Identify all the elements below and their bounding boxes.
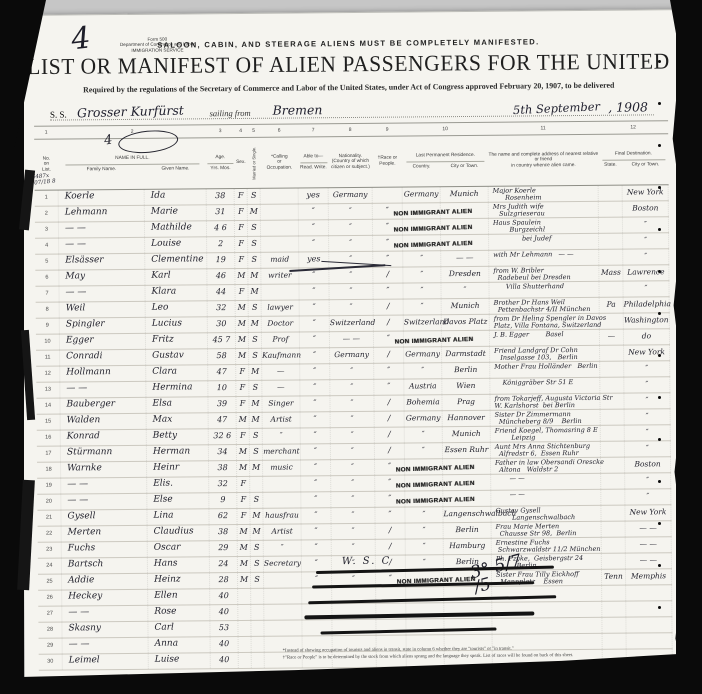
cell-family: — — — [60, 382, 146, 398]
binding-hole-dot — [658, 144, 661, 147]
cell-race: ″ — [375, 508, 405, 523]
cell-race: / — [375, 412, 405, 427]
cell-dcity: ″ — [625, 441, 671, 456]
cell-age: 38 — [207, 189, 235, 204]
cell-state — [602, 522, 626, 537]
cell-country: NON IMMIGRANT ALIEN — [403, 235, 441, 250]
cell-race: ″ — [373, 284, 403, 299]
cell-country: ″ — [405, 507, 443, 522]
cell-occ: Kaufmann — [262, 348, 300, 363]
cell-sex: M — [238, 573, 251, 588]
cell-occ: — — [262, 364, 300, 379]
cell-dcity: ″ — [623, 233, 669, 248]
cell-given: Claudius — [148, 525, 210, 541]
cell-no: 6 — [35, 271, 59, 286]
cell-rw: ″ — [299, 204, 329, 219]
cell-age: 24 — [210, 557, 238, 572]
cell-dcity: Philadelphia — [624, 297, 670, 312]
cell-city: Berlin — [442, 363, 490, 378]
column-number: 1 — [34, 130, 58, 136]
cell-family: — — — [62, 606, 148, 622]
cell-sex: F — [235, 189, 248, 204]
header-dest-city: City or Town. — [622, 162, 668, 168]
cell-mar: M — [249, 317, 262, 332]
cell-occ — [264, 588, 302, 603]
cell-dcity: Lawrence — [623, 265, 669, 280]
cell-given: Heinr — [147, 461, 209, 477]
cell-sex: F — [235, 285, 248, 300]
cell-occ: Prof — [262, 332, 300, 347]
cell-rel: Königgräber Str 51 E — [490, 378, 600, 394]
cell-mar: M — [248, 285, 261, 300]
cell-rel: Sister Dr Zimmermann Müncheberg 8/9 Berl… — [491, 410, 601, 426]
cell-family: Fuchs — [62, 542, 148, 558]
cell-family: Walden — [61, 414, 147, 430]
cell-age: 4 6 — [207, 221, 235, 236]
cell-city: Darmstadt — [442, 347, 490, 362]
cell-sex: M — [236, 349, 249, 364]
header-married-single: Married or Single. — [247, 138, 260, 188]
cell-family: Hollmann — [60, 366, 146, 382]
cell-family: Bartsch — [62, 558, 148, 574]
cell-rel: Major Koerle Rosenheim — [489, 186, 599, 202]
cell-nat: Germany — [330, 348, 374, 363]
header-married-single-label: Married or Single. — [251, 141, 257, 185]
cell-city: Prag — [442, 395, 490, 410]
cell-rw: ″ — [299, 236, 329, 251]
cell-occ — [261, 188, 299, 203]
header-age: Age. Yrs. Mos. — [206, 138, 234, 188]
cell-no: 11 — [36, 351, 60, 366]
cell-city — [441, 203, 489, 218]
cell-rw: ″ — [302, 540, 332, 555]
cell-nat: ″ — [331, 444, 375, 459]
cell-dcity: ″ — [624, 393, 670, 408]
cell-age: 47 — [208, 365, 236, 380]
cell-race: / — [374, 396, 404, 411]
cell-nat: ″ — [330, 396, 374, 411]
cell-state — [601, 506, 625, 521]
cell-state — [602, 554, 626, 569]
binding-hole-dot — [658, 186, 661, 189]
cell-nat: Germany — [329, 188, 373, 203]
cell-family: Elsässer — [59, 254, 145, 270]
cell-rel: from Dr Heling Spengler in Davos Platz, … — [490, 314, 600, 330]
binding-hole-dot — [658, 522, 661, 525]
cell-state — [601, 426, 625, 441]
cell-mar: S — [249, 301, 262, 316]
header-able-to: Able to— Read. Write. — [298, 137, 328, 187]
cell-rel: Villa Shutterhand — [489, 282, 599, 298]
cell-age: 58 — [208, 349, 236, 364]
cell-given: Rose — [148, 605, 210, 621]
cell-mar: S — [249, 349, 262, 364]
cell-family: Egger — [60, 334, 146, 350]
cell-sex: F — [237, 477, 250, 492]
cell-nat: ″ — [330, 380, 374, 395]
cell-age: 28 — [210, 573, 238, 588]
cell-no: 18 — [37, 463, 61, 478]
cell-sex: M — [238, 525, 251, 540]
cell-no: 12 — [36, 367, 60, 382]
cell-state — [599, 218, 623, 233]
cell-city — [442, 331, 490, 346]
cell-sex: M — [238, 541, 251, 556]
cell-mar: S — [248, 253, 261, 268]
cell-age: 47 — [209, 413, 237, 428]
cell-country: ″ — [405, 443, 443, 458]
port-of-departure: Bremen — [273, 102, 323, 117]
cell-mar — [251, 589, 264, 604]
cell-state — [602, 586, 626, 601]
cell-nat: Switzerland — [330, 316, 374, 331]
header-state: State. — [598, 162, 622, 168]
cell-country: Austria — [404, 379, 442, 394]
cell-race — [373, 188, 403, 203]
cell-no: 23 — [38, 543, 62, 558]
cell-state — [601, 442, 625, 457]
cell-given: Gustav — [146, 349, 208, 365]
cell-sex: M — [236, 333, 249, 348]
cell-country: NON IMMIGRANT ALIEN — [405, 491, 443, 506]
cell-nat: ″ — [331, 460, 375, 475]
cell-no: 21 — [37, 511, 61, 526]
cell-nat: ″ — [331, 508, 375, 523]
cell-state — [602, 618, 626, 633]
cell-dcity: ″ — [625, 425, 671, 440]
cell-given: Elsa — [146, 397, 208, 413]
cell-rel: — — — [491, 490, 601, 506]
cell-sex: M — [235, 269, 248, 284]
cell-no: 4 — [35, 239, 59, 254]
cell-sex: F — [237, 429, 250, 444]
cell-sex — [239, 637, 252, 652]
cell-rw: ″ — [300, 332, 330, 347]
cell-sex: M — [237, 445, 250, 460]
column-number: 7 — [298, 127, 328, 133]
binding-hole-dot — [658, 312, 661, 315]
cell-dcity: ″ — [623, 249, 669, 264]
cell-mar: M — [250, 509, 263, 524]
cell-no: 13 — [36, 383, 60, 398]
binding-hole-dot — [658, 228, 661, 231]
cell-rel: bei Judef — [489, 234, 599, 250]
cell-sex: F — [237, 509, 250, 524]
binding-hole-dot — [658, 564, 661, 567]
cell-family: Koerle — [59, 190, 145, 206]
cell-family: Weil — [60, 302, 146, 318]
cell-state — [599, 234, 623, 249]
cell-given: Clara — [146, 365, 208, 381]
cell-mar: S — [250, 493, 263, 508]
cell-rw: ″ — [301, 428, 331, 443]
cell-state: Pa — [600, 298, 624, 313]
cell-no: 22 — [38, 527, 62, 542]
manifest-table: 123456789101112 No. on List. NAME IN FUL… — [34, 120, 673, 671]
cell-age: 38 — [210, 525, 238, 540]
cell-state — [599, 202, 623, 217]
column-number: 9 — [372, 127, 402, 133]
cell-city — [441, 235, 489, 250]
cell-sex: F — [235, 253, 248, 268]
cell-rw: ″ — [300, 364, 330, 379]
cell-mar: S — [248, 221, 261, 236]
cell-age: 32 — [208, 301, 236, 316]
cell-given: Elis. — [147, 477, 209, 493]
cell-nat: ″ — [329, 284, 373, 299]
cell-race: / — [376, 524, 406, 539]
cell-country: Bohemia — [404, 395, 442, 410]
cell-no: 3 — [35, 223, 59, 238]
header-res-city: City or Town. — [440, 163, 488, 169]
sailing-year: , 1908 — [608, 99, 648, 114]
cell-country: NON IMMIGRANT ALIEN — [405, 459, 443, 474]
column-number: 8 — [328, 127, 372, 133]
cell-race: / — [374, 316, 404, 331]
cell-mar: S — [250, 429, 263, 444]
cell-state — [601, 474, 625, 489]
cell-state — [600, 378, 624, 393]
cell-occ: ″ — [263, 428, 301, 443]
cell-given: Oscar — [148, 541, 210, 557]
header-residence-top: Last Permanent Residence. — [407, 153, 484, 162]
cell-city: — — — [441, 251, 489, 266]
cell-city: Langenschwalbach — [443, 507, 491, 522]
cell-age: 32 6 — [209, 429, 237, 444]
cell-state: Mass — [599, 266, 623, 281]
cell-race: ″ — [374, 364, 404, 379]
header-given-name: Given Name. — [144, 166, 206, 172]
cell-country: NON IMMIGRANT ALIEN — [403, 203, 441, 218]
cell-city — [443, 459, 491, 474]
cell-nat: ″ — [330, 300, 374, 315]
cell-age: 2 — [207, 237, 235, 252]
cell-age: 46 — [207, 269, 235, 284]
cell-age: 40 — [210, 605, 238, 620]
cell-age: 62 — [209, 509, 237, 524]
cell-city: Wien — [442, 379, 490, 394]
cell-occ — [261, 220, 299, 235]
cell-occ — [264, 604, 302, 619]
cell-race: / — [375, 444, 405, 459]
header-race: †Race or People. — [372, 137, 402, 187]
cell-nat: ″ — [331, 476, 375, 491]
cell-city — [444, 619, 492, 634]
cell-state — [602, 602, 626, 617]
cell-state — [600, 394, 624, 409]
cell-given: Klara — [145, 285, 207, 301]
cell-sex: F — [236, 397, 249, 412]
cell-occ: maid — [261, 252, 299, 267]
cell-country: Switzerland — [404, 315, 442, 330]
cell-sex: F — [237, 493, 250, 508]
cell-given: Anna — [149, 637, 211, 653]
cell-sex: F — [235, 237, 248, 252]
cell-rel: Frau Marie Merten Chausse Str 98, Berlin — [492, 522, 602, 538]
cell-country: Germany — [404, 347, 442, 362]
cell-family: — — — [59, 238, 145, 254]
wsc-annotation: W. S. C — [342, 556, 391, 567]
cell-occ — [261, 284, 299, 299]
cell-dcity: — — — [626, 537, 672, 552]
cell-rel: Ernestine Fuchs Schwarzwaldstr 11/2 Münc… — [492, 538, 602, 554]
cell-age: 40 — [211, 653, 239, 668]
cell-sex: F — [236, 381, 249, 396]
cell-state: Tenn — [602, 570, 626, 585]
cell-rel: Haus Spaulein Burgzeichl — [489, 218, 599, 234]
cell-occ — [261, 236, 299, 251]
ship-line: S. S. Grosser Kurfürst sailing from Brem… — [50, 94, 654, 120]
cell-state: — — [600, 330, 624, 345]
binding-hole-dot — [658, 606, 661, 609]
cell-given: Mathilde — [145, 221, 207, 237]
column-number: 6 — [260, 127, 298, 133]
cell-mar: M — [248, 205, 261, 220]
cell-dcity — [626, 601, 672, 616]
cell-country: ″ — [403, 283, 441, 298]
cell-rel — [492, 618, 602, 634]
cell-no: 24 — [38, 559, 62, 574]
cell-family: Bauberger — [60, 398, 146, 414]
cell-family: — — — [61, 494, 147, 510]
cell-rw: ″ — [301, 492, 331, 507]
cell-no: 8 — [36, 303, 60, 318]
header-residence: Last Permanent Residence. Country. City … — [402, 136, 488, 187]
cell-mar: M — [250, 413, 263, 428]
cell-given: Lucius — [146, 317, 208, 333]
cell-sex: F — [235, 205, 248, 220]
column-number: 11 — [488, 125, 598, 132]
header-name-sub: Family Name. Given Name. — [58, 166, 206, 173]
cell-city: Munich — [441, 187, 489, 202]
cell-no: 17 — [37, 447, 61, 462]
binding-hole-dot — [658, 60, 661, 63]
cell-age: 45 7 — [208, 333, 236, 348]
cell-family: Stürmann — [61, 446, 147, 462]
cell-state — [601, 410, 625, 425]
ss-label: S. S. — [50, 109, 67, 119]
cell-rw: yes — [299, 188, 329, 203]
cell-nat: ″ — [330, 364, 374, 379]
manifest-sheet: 4 Form 500 Department of Commerce and La… — [19, 9, 683, 680]
cell-rw: ″ — [302, 556, 332, 571]
cell-family: — — — [59, 286, 145, 302]
header-yrs-mos: Yrs. Mos. — [210, 166, 230, 172]
header-country: Country. — [402, 164, 440, 170]
cell-city: Munich — [442, 299, 490, 314]
cell-rel: J. B. Egger Basel — [490, 330, 600, 346]
cell-dcity: Boston — [625, 457, 671, 472]
cell-no: 15 — [37, 415, 61, 430]
cell-mar — [250, 477, 263, 492]
cell-rel: — — — [491, 474, 601, 490]
column-number: 10 — [402, 126, 488, 133]
sailing-date: 5th September — [513, 99, 601, 117]
cell-no: 27 — [38, 607, 62, 622]
cell-age: 39 — [208, 397, 236, 412]
cell-mar: S — [251, 557, 264, 572]
cell-given: Heinz — [148, 573, 210, 589]
cell-rw: ″ — [300, 348, 330, 363]
cell-given: Else — [147, 493, 209, 509]
cell-mar: S — [251, 541, 264, 556]
cell-rw: ″ — [302, 524, 332, 539]
cell-family: Heckey — [62, 590, 148, 606]
cell-dcity: ″ — [624, 377, 670, 392]
cell-country: NON IMMIGRANT ALIEN — [405, 475, 443, 490]
cell-rel: Gustav Gysell Langenschwalbach — [491, 506, 601, 522]
cell-rw: ″ — [300, 316, 330, 331]
cell-dcity: — — — [626, 521, 672, 536]
cell-given: Hermina — [146, 381, 208, 397]
cell-age: 9 — [209, 493, 237, 508]
cell-rw: ″ — [300, 396, 330, 411]
binding-hole-dot — [658, 480, 661, 483]
binding-hole-dot — [658, 438, 661, 441]
cell-dcity: Boston — [623, 201, 669, 216]
cell-family: Leimel — [63, 654, 149, 670]
cell-family: Conradi — [60, 350, 146, 366]
cell-age: 40 — [211, 637, 239, 652]
cell-occ: lawyer — [262, 300, 300, 315]
cell-age: 30 — [208, 317, 236, 332]
cell-race: / — [373, 268, 403, 283]
cell-family: — — — [59, 222, 145, 238]
header-name-top: NAME IN FULL. — [66, 155, 199, 165]
cell-city: Berlin — [444, 523, 492, 538]
cell-no: 10 — [36, 335, 60, 350]
cell-occ: ″ — [264, 540, 302, 555]
header-relative: The name and complete address of nearest… — [488, 135, 598, 186]
cell-no: 1 — [35, 191, 59, 206]
cell-given: Lina — [147, 509, 209, 525]
cell-race: / — [374, 348, 404, 363]
cell-family: Merten — [62, 526, 148, 542]
cell-rel: from W. Bribler Radebeul bei Dresden — [489, 266, 599, 282]
cell-no: 14 — [36, 399, 60, 414]
cell-dcity: — — — [626, 553, 672, 568]
cell-family: Addie — [62, 574, 148, 590]
cell-rw: ″ — [299, 284, 329, 299]
cell-no: 19 — [37, 479, 61, 494]
cell-rel: Friend Koegel, Thomasring 8 E Leipzig — [491, 426, 601, 442]
cell-dcity: ″ — [623, 217, 669, 232]
cell-city — [443, 491, 491, 506]
cell-city: Munich — [443, 427, 491, 442]
cell-dcity: ″ — [623, 281, 669, 296]
header-sex: Sex. — [234, 138, 247, 188]
cell-city: Davos Platz — [442, 315, 490, 330]
cell-city — [441, 219, 489, 234]
cell-rw: ″ — [301, 444, 331, 459]
cell-sex — [238, 621, 251, 636]
cell-dcity: Memphis — [626, 569, 672, 584]
cell-sex — [239, 653, 252, 668]
cell-mar — [252, 653, 265, 668]
cell-sex: M — [237, 413, 250, 428]
cell-given: Hans — [148, 557, 210, 573]
cell-state — [601, 458, 625, 473]
cell-given: Marie — [145, 205, 207, 221]
cell-city: ″ — [441, 283, 489, 298]
cell-mar: S — [249, 333, 262, 348]
cell-age: 34 — [209, 445, 237, 460]
cell-no: 20 — [37, 495, 61, 510]
cell-occ: — — [262, 380, 300, 395]
cell-mar: S — [250, 445, 263, 460]
cell-state — [600, 346, 624, 361]
cell-mar — [251, 605, 264, 620]
